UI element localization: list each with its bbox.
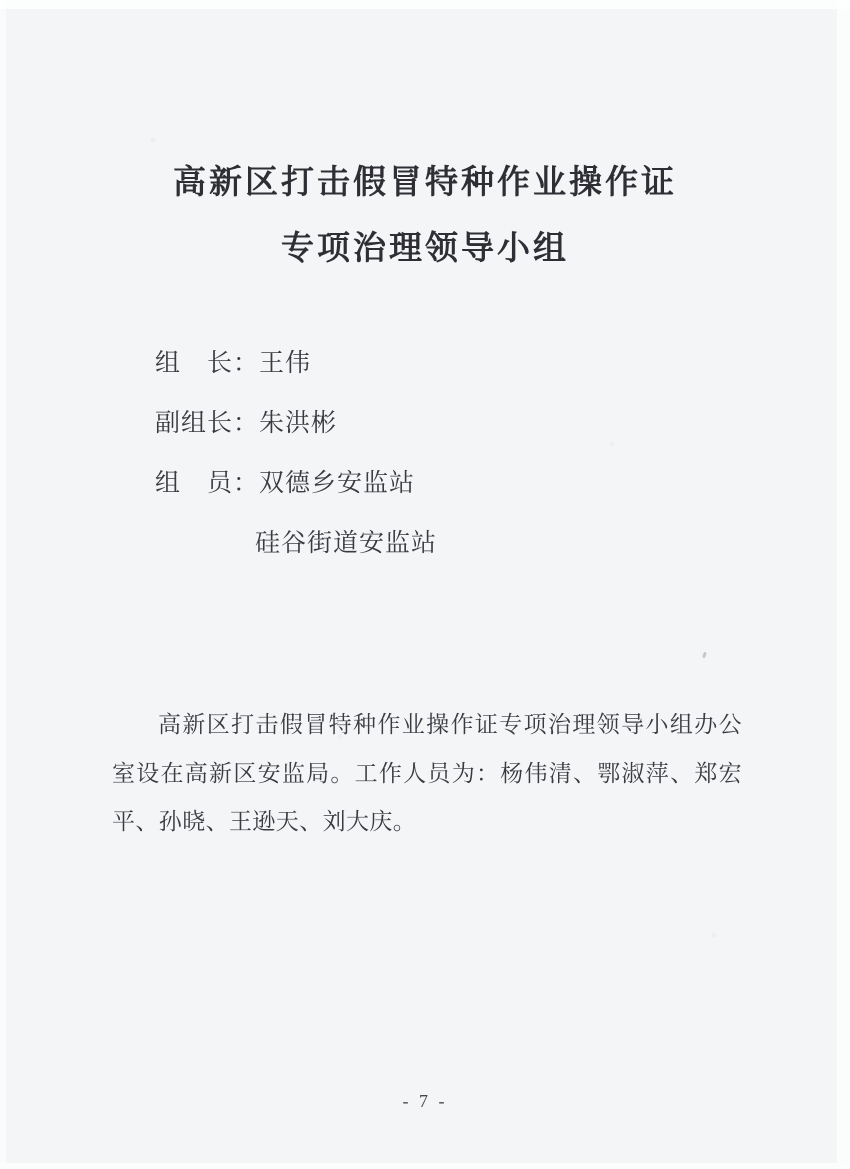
roster-row-member-2: 硅谷街道安监站 <box>155 530 437 558</box>
roster-member-name: 硅谷街道安监站 <box>255 530 437 558</box>
roster-row-member-1: 组 员：双德乡安监站 <box>155 470 437 498</box>
roster-member-name: 朱洪彬 <box>259 410 337 438</box>
page-number: - 7 - <box>0 1091 850 1112</box>
roster-row-deputy-leader: 副组长：朱洪彬 <box>155 410 437 438</box>
roster-role-label: 组 员： <box>155 470 259 498</box>
document-title-line1: 高新区打击假冒特种作业操作证 <box>0 156 850 203</box>
document-title-line2: 专项治理领导小组 <box>0 222 850 269</box>
leadership-roster: 组 长：王伟 副组长：朱洪彬 组 员：双德乡安监站 硅谷街道安监站 <box>155 350 437 590</box>
roster-member-name: 王伟 <box>259 350 311 378</box>
office-staff-paragraph: 高新区打击假冒特种作业操作证专项治理领导小组办公室设在高新区安监局。工作人员为：… <box>112 701 742 847</box>
scanned-document-page: 高新区打击假冒特种作业操作证 专项治理领导小组 组 长：王伟 副组长：朱洪彬 组… <box>0 0 850 1169</box>
roster-role-label: 副组长： <box>155 410 259 438</box>
roster-row-leader: 组 长：王伟 <box>155 350 437 378</box>
roster-role-label: 组 长： <box>155 350 259 378</box>
scan-speck <box>702 652 707 659</box>
scan-edge-bottom <box>0 1163 850 1169</box>
roster-member-name: 双德乡安监站 <box>259 470 415 498</box>
scan-edge-top <box>0 0 850 9</box>
